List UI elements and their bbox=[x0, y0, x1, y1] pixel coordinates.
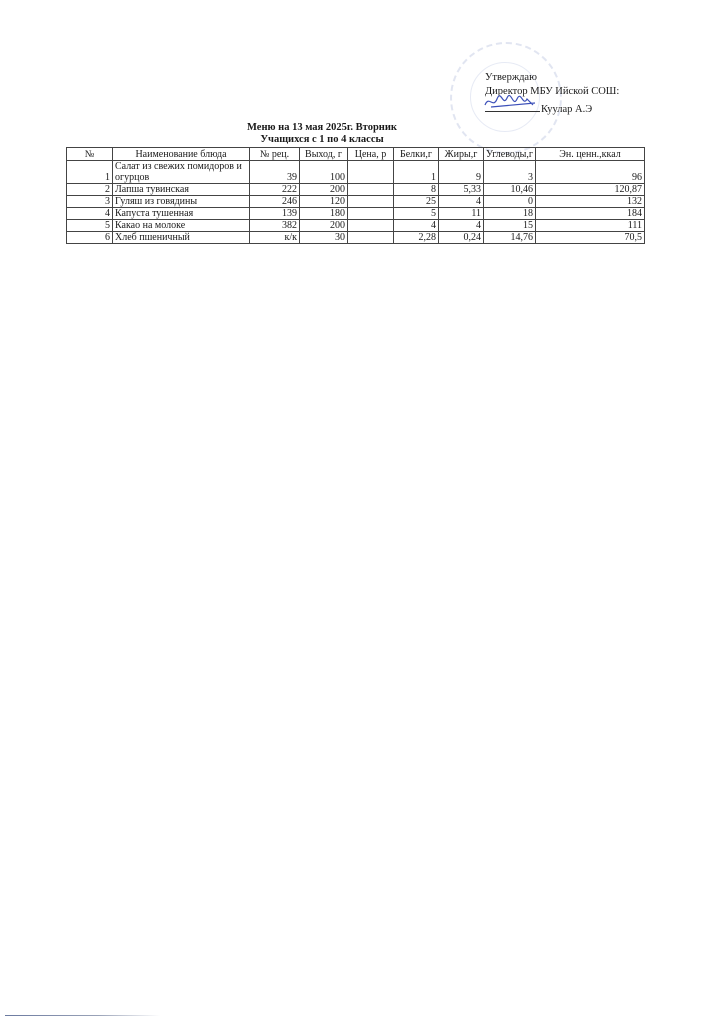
cell-proteins: 5 bbox=[394, 208, 439, 220]
cell-portion: 200 bbox=[300, 184, 348, 196]
table-header-row: № Наименование блюда № рец. Выход, г Цен… bbox=[67, 148, 645, 161]
scan-edge-line bbox=[5, 1015, 160, 1016]
cell-carbs: 10,46 bbox=[484, 184, 536, 196]
cell-proteins: 8 bbox=[394, 184, 439, 196]
cell-price bbox=[348, 220, 394, 232]
cell-proteins: 25 bbox=[394, 196, 439, 208]
cell-proteins: 4 bbox=[394, 220, 439, 232]
cell-row-number: 1 bbox=[67, 161, 113, 184]
approval-signature-line: Куулар А.Э bbox=[485, 99, 619, 117]
header-fats: Жиры,г bbox=[439, 148, 484, 161]
table-row: 2Лапша тувинская22220085,3310,46120,87 bbox=[67, 184, 645, 196]
cell-fats: 4 bbox=[439, 220, 484, 232]
cell-recipe-number: 39 bbox=[250, 161, 300, 184]
menu-title: Меню на 13 мая 2025г. Вторник Учащихся с… bbox=[0, 122, 724, 146]
cell-proteins: 2,28 bbox=[394, 232, 439, 244]
cell-portion: 120 bbox=[300, 196, 348, 208]
cell-dish-name: Капуста тушенная bbox=[113, 208, 250, 220]
approval-label: Утверждаю bbox=[485, 71, 619, 85]
menu-title-grades: Учащихся с 1 по 4 классы bbox=[0, 134, 724, 146]
approval-block: Утверждаю Директор МБУ Ийской СОШ: Куула… bbox=[485, 71, 619, 117]
cell-portion: 200 bbox=[300, 220, 348, 232]
cell-fats: 5,33 bbox=[439, 184, 484, 196]
table-row: 3Гуляш из говядины2461202540132 bbox=[67, 196, 645, 208]
header-price: Цена, р bbox=[348, 148, 394, 161]
cell-recipe-number: к/к bbox=[250, 232, 300, 244]
cell-carbs: 15 bbox=[484, 220, 536, 232]
cell-energy: 132 bbox=[536, 196, 645, 208]
approval-name: Куулар А.Э bbox=[541, 103, 592, 117]
table-row: 6Хлеб пшеничныйк/к302,280,2414,7670,5 bbox=[67, 232, 645, 244]
cell-fats: 9 bbox=[439, 161, 484, 184]
cell-recipe-number: 222 bbox=[250, 184, 300, 196]
table-row: 5Какао на молоке3822004415111 bbox=[67, 220, 645, 232]
cell-fats: 11 bbox=[439, 208, 484, 220]
cell-portion: 180 bbox=[300, 208, 348, 220]
cell-row-number: 2 bbox=[67, 184, 113, 196]
cell-row-number: 3 bbox=[67, 196, 113, 208]
cell-dish-name: Хлеб пшеничный bbox=[113, 232, 250, 244]
header-dish-name: Наименование блюда bbox=[113, 148, 250, 161]
cell-dish-name: Салат из свежих помидоров и огурцов bbox=[113, 161, 250, 184]
menu-title-date: Меню на 13 мая 2025г. Вторник bbox=[0, 122, 724, 134]
cell-energy: 184 bbox=[536, 208, 645, 220]
cell-row-number: 6 bbox=[67, 232, 113, 244]
header-number: № bbox=[67, 148, 113, 161]
cell-recipe-number: 139 bbox=[250, 208, 300, 220]
cell-dish-name: Лапша тувинская bbox=[113, 184, 250, 196]
cell-price bbox=[348, 232, 394, 244]
cell-row-number: 5 bbox=[67, 220, 113, 232]
cell-row-number: 4 bbox=[67, 208, 113, 220]
cell-energy: 96 bbox=[536, 161, 645, 184]
cell-carbs: 0 bbox=[484, 196, 536, 208]
table-row: 1Салат из свежих помидоров и огурцов3910… bbox=[67, 161, 645, 184]
header-proteins: Белки,г bbox=[394, 148, 439, 161]
cell-dish-name: Какао на молоке bbox=[113, 220, 250, 232]
cell-recipe-number: 382 bbox=[250, 220, 300, 232]
header-portion: Выход, г bbox=[300, 148, 348, 161]
cell-carbs: 3 bbox=[484, 161, 536, 184]
cell-energy: 111 bbox=[536, 220, 645, 232]
cell-carbs: 18 bbox=[484, 208, 536, 220]
cell-fats: 4 bbox=[439, 196, 484, 208]
cell-portion: 100 bbox=[300, 161, 348, 184]
cell-carbs: 14,76 bbox=[484, 232, 536, 244]
cell-energy: 70,5 bbox=[536, 232, 645, 244]
table-row: 4Капуста тушенная13918051118184 bbox=[67, 208, 645, 220]
cell-price bbox=[348, 184, 394, 196]
cell-price bbox=[348, 161, 394, 184]
cell-price bbox=[348, 196, 394, 208]
header-carbs: Углеводы,г bbox=[484, 148, 536, 161]
cell-fats: 0,24 bbox=[439, 232, 484, 244]
menu-table: № Наименование блюда № рец. Выход, г Цен… bbox=[66, 147, 645, 244]
cell-recipe-number: 246 bbox=[250, 196, 300, 208]
cell-price bbox=[348, 208, 394, 220]
cell-energy: 120,87 bbox=[536, 184, 645, 196]
cell-portion: 30 bbox=[300, 232, 348, 244]
cell-dish-name: Гуляш из говядины bbox=[113, 196, 250, 208]
cell-proteins: 1 bbox=[394, 161, 439, 184]
signature-icon bbox=[485, 99, 540, 112]
header-recipe-number: № рец. bbox=[250, 148, 300, 161]
header-energy: Эн. ценн.,ккал bbox=[536, 148, 645, 161]
